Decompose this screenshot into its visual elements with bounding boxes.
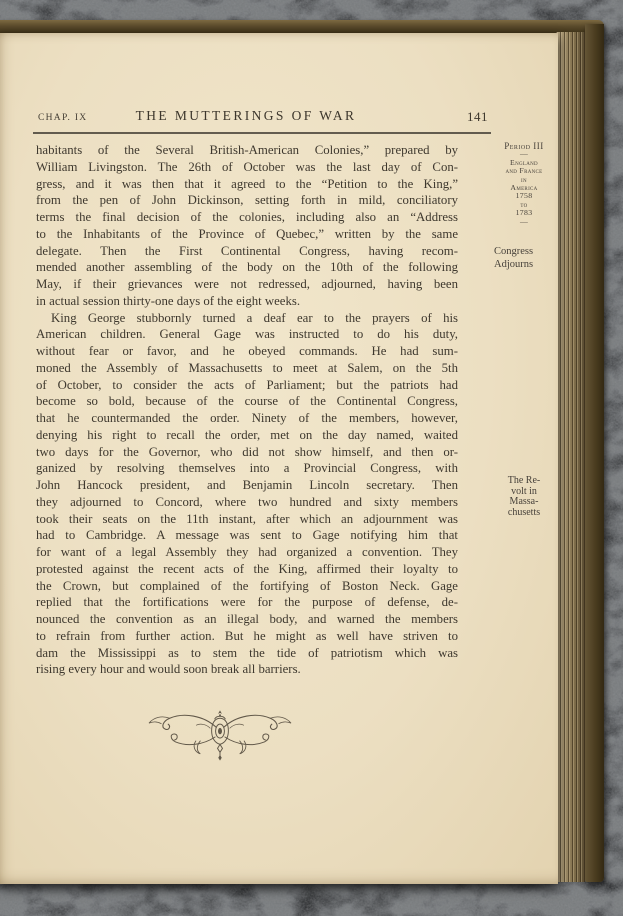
text-line: from the pen of John Dickinson, setting … xyxy=(36,192,458,209)
paragraph-2: King George stubbornly turned a deaf ear… xyxy=(36,310,458,679)
margin-note-line: Adjourns xyxy=(494,258,554,271)
text-line: took their seats on the 11th instant, af… xyxy=(36,511,458,528)
text-line: that he countermanded the order. Ninety … xyxy=(36,410,458,427)
text-line: denying his right to recall the order, m… xyxy=(36,427,458,444)
text-line: ganized by resolving themselves into a P… xyxy=(36,460,458,477)
text-line: gress, and it was then that it agreed to… xyxy=(36,176,458,193)
text-line: terms the final decision of the colonies… xyxy=(36,209,458,226)
text-line: of October, to consider the acts of Parl… xyxy=(36,377,458,394)
body-text: habitants of the Several British-America… xyxy=(36,142,458,678)
text-line: King George stubbornly turned a deaf ear… xyxy=(36,310,458,327)
book-page: CHAP. IX THE MUTTERINGS OF WAR 141 habit… xyxy=(0,33,558,884)
margin-note-line: — xyxy=(494,218,554,226)
text-line: delegate. Then the First Continental Con… xyxy=(36,243,458,260)
text-line: rising every hour and would soon break a… xyxy=(36,661,458,678)
text-line: the Crown, but complained of the fortify… xyxy=(36,578,458,595)
page-number: 141 xyxy=(0,109,488,125)
text-line: protested against the recent acts of the… xyxy=(36,561,458,578)
paragraph-1: habitants of the Several British-America… xyxy=(36,142,458,310)
text-line: replied that the fortifications were for… xyxy=(36,594,458,611)
text-line: to the Inhabitants of the Province of Qu… xyxy=(36,226,458,243)
text-line: to refrain from further action. But he m… xyxy=(36,628,458,645)
book-cover-top-edge xyxy=(0,20,604,34)
text-line: become so bold, because of the course of… xyxy=(36,393,458,410)
text-line: for want of a legal Assembly they had or… xyxy=(36,544,458,561)
text-line: American children. General Gage was inst… xyxy=(36,326,458,343)
text-line: had to Cambridge. A message was sent to … xyxy=(36,527,458,544)
text-line: May, if their grievances were not redres… xyxy=(36,276,458,293)
text-line: moned the Assembly of Massachusetts to m… xyxy=(36,360,458,377)
text-line: nounced the convention as an illegal bod… xyxy=(36,611,458,628)
text-line: dam the Mississippi as to stem the tide … xyxy=(36,645,458,662)
text-line: two days for the Governor, who did not s… xyxy=(36,444,458,461)
margin-note-line: Congress xyxy=(494,245,554,258)
margin-note-revolt-massachusetts: The Re-volt inMassa-chusetts xyxy=(494,476,554,518)
margin-note-congress-adjourns: CongressAdjourns xyxy=(494,245,554,271)
margin-note-period: Period III—Englandand FranceinAmerica175… xyxy=(494,142,554,226)
book-photo: CHAP. IX THE MUTTERINGS OF WAR 141 habit… xyxy=(0,0,623,916)
text-line: mended another assembling of the body on… xyxy=(36,259,458,276)
margin-note-line: chusetts xyxy=(494,508,554,519)
margin-note-line: The Re- xyxy=(494,476,554,487)
tailpiece-flourish xyxy=(146,708,294,766)
page-edge-stack xyxy=(556,32,585,882)
text-line: in actual session thirty-one days of the… xyxy=(36,293,458,310)
header-rule xyxy=(33,132,491,134)
text-line: they adjourned to Concord, where two hun… xyxy=(36,494,458,511)
text-line: William Livingston. The 26th of October … xyxy=(36,159,458,176)
text-line: without fear or favor, and he obeyed com… xyxy=(36,343,458,360)
margin-note-line: Massa- xyxy=(494,497,554,508)
text-line: habitants of the Several British-America… xyxy=(36,142,458,159)
book-cover-right-edge xyxy=(585,24,604,882)
text-line: John Hancock president, and Benjamin Lin… xyxy=(36,477,458,494)
